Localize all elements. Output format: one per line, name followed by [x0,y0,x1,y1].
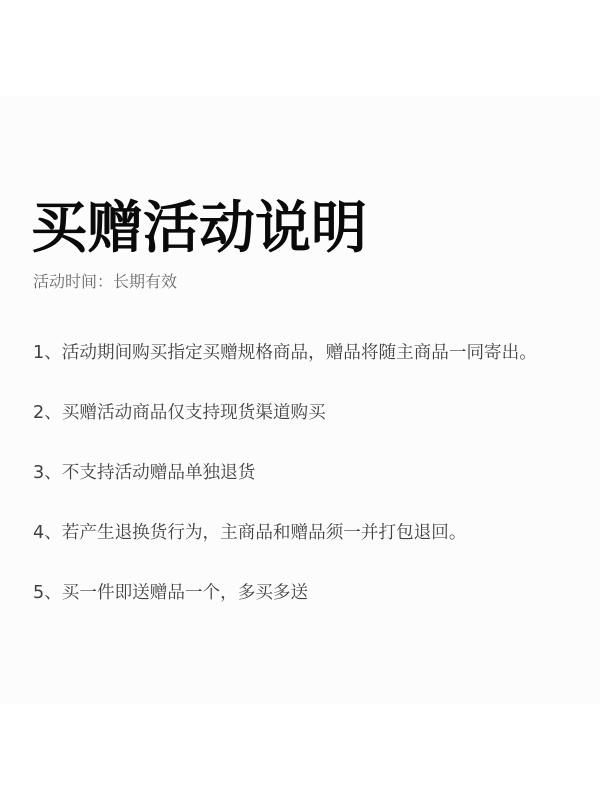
page-title: 买赠活动说明 [31,196,367,262]
rule-item: 3、不支持活动赠品单独退货 [33,462,537,522]
rules-list: 1、活动期间购买指定买赠规格商品，赠品将随主商品一同寄出。 2、买赠活动商品仅支… [33,342,537,642]
rule-item: 1、活动期间购买指定买赠规格商品，赠品将随主商品一同寄出。 [33,342,537,402]
activity-period: 活动时间：长期有效 [33,272,177,292]
rule-item: 2、买赠活动商品仅支持现货渠道购买 [33,402,537,462]
rule-item: 5、买一件即送赠品一个，多买多送 [33,582,537,642]
rule-item: 4、若产生退换货行为，主商品和赠品须一并打包退回。 [33,522,537,582]
